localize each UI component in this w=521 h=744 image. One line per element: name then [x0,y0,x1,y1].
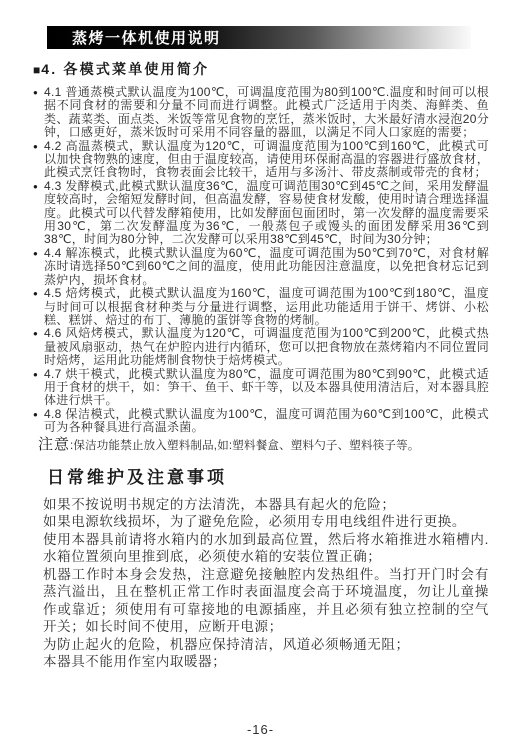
maintenance-paragraph: 为防止起火的危险，机器应保持清洁，风道必须畅通无阻； [43,636,489,654]
square-marker-icon: ■ [33,63,41,77]
mode-item-4-8: ● 4.8 保洁模式，此模式默认温度为100℃，温度可调范围为60℃到100℃，… [33,408,489,435]
maintenance-paragraph: 如果不按说明书规定的方法清洗，本器具有起火的危险； [43,496,489,514]
page-number: -16- [0,722,521,737]
mode-item-4-3: ● 4.3 发酵模式,此模式默认温度36℃，温度可调范围30℃到45℃之间，采用… [33,180,489,247]
mode-item-4-5: ● 4.5 焙烤模式，此模式默认温度为160℃，温度可调范围为100℃到180℃… [33,287,489,327]
mode-item-text: 4.6 风焙烤模式，默认温度为120℃，可调温度范围为100℃到200℃，此模式… [44,327,489,367]
bullet-icon: ● [33,368,44,408]
mode-item-text: 4.2 高温蒸模式，默认温度为120℃，可调温度范围为100℃到160℃，此模式… [44,140,489,180]
maintenance-paragraph: 使用本器具前请将水箱内的水加到最高位置，然后将水箱推进水箱槽内.水箱位置须向里推… [43,531,489,566]
mode-item-4-1: ● 4.1 普通蒸模式默认温度为100℃，可调温度范围为80到100℃.温度和时… [33,86,489,140]
mode-item-4-2: ● 4.2 高温蒸模式，默认温度为120℃，可调温度范围为100℃到160℃，此… [33,140,489,180]
bullet-icon: ● [33,287,44,327]
mode-item-text: 4.7 烘干模式，此模式默认温度为80℃，温度可调范围为80℃到90℃，此模式适… [44,368,489,408]
maintenance-paragraph: 机器工作时本身会发热，注意避免接触腔内发热组件。当打开门时会有蒸汽溢出，且在整机… [43,566,489,636]
bullet-icon: ● [33,327,44,367]
bullet-icon: ● [33,247,44,287]
mode-item-4-7: ● 4.7 烘干模式，此模式默认温度为80℃，温度可调范围为80℃到90℃，此模… [33,368,489,408]
maintenance-heading: 日常维护及注意事项 [47,463,489,488]
bullet-icon: ● [33,86,44,140]
manual-page: 蒸烤一体机使用说明 ■4. 各模式菜单使用简介 ● 4.1 普通蒸模式默认温度为… [0,0,521,744]
mode-item-4-6: ● 4.6 风焙烤模式，默认温度为120℃，可调温度范围为100℃到200℃，此… [33,327,489,367]
notice-line: 注意:保洁功能禁止放入塑料制品,如:塑料餐盒、塑料勺子、塑料筷子等。 [38,437,489,454]
mode-item-text: 4.5 焙烤模式，此模式默认温度为160℃，温度可调范围为100℃到180℃，温… [44,287,489,327]
mode-item-4-4: ● 4.4 解冻模式，此模式默认温度为60℃，温度可调范围为50℃到70℃，对食… [33,247,489,287]
notice-label: 注意 [38,436,70,453]
bullet-icon: ● [33,180,44,247]
page-header-bar: 蒸烤一体机使用说明 [47,26,471,49]
mode-item-text: 4.8 保洁模式，此模式默认温度为100℃，温度可调范围为60℃到100℃，此模… [44,408,489,435]
bullet-icon: ● [33,408,44,435]
mode-item-text: 4.1 普通蒸模式默认温度为100℃，可调温度范围为80到100℃.温度和时间可… [44,86,489,140]
maintenance-paragraphs: 如果不按说明书规定的方法清洗，本器具有起火的危险； 如果电源软线损坏，为了避免危… [43,496,489,671]
page-title: 蒸烤一体机使用说明 [47,27,221,48]
mode-item-text: 4.3 发酵模式,此模式默认温度36℃，温度可调范围30℃到45℃之间，采用发酵… [44,180,489,247]
maintenance-paragraph: 如果电源软线损坏，为了避免危险，必须用专用电线组件进行更换。 [43,513,489,531]
notice-text: :保洁功能禁止放入塑料制品,如:塑料餐盒、塑料勺子、塑料筷子等。 [70,440,419,452]
bullet-icon: ● [33,140,44,180]
page-content: ■4. 各模式菜单使用简介 ● 4.1 普通蒸模式默认温度为100℃，可调温度范… [33,59,489,671]
section-modes-heading-text: 4. 各模式菜单使用简介 [41,61,209,77]
mode-item-text: 4.4 解冻模式，此模式默认温度为60℃，温度可调范围为50℃到70℃，对食材解… [44,247,489,287]
section-modes-heading: ■4. 各模式菜单使用简介 [33,59,489,79]
maintenance-paragraph: 本器具不能用作室内取暖器； [43,653,489,671]
mode-list: ● 4.1 普通蒸模式默认温度为100℃，可调温度范围为80到100℃.温度和时… [33,86,489,435]
